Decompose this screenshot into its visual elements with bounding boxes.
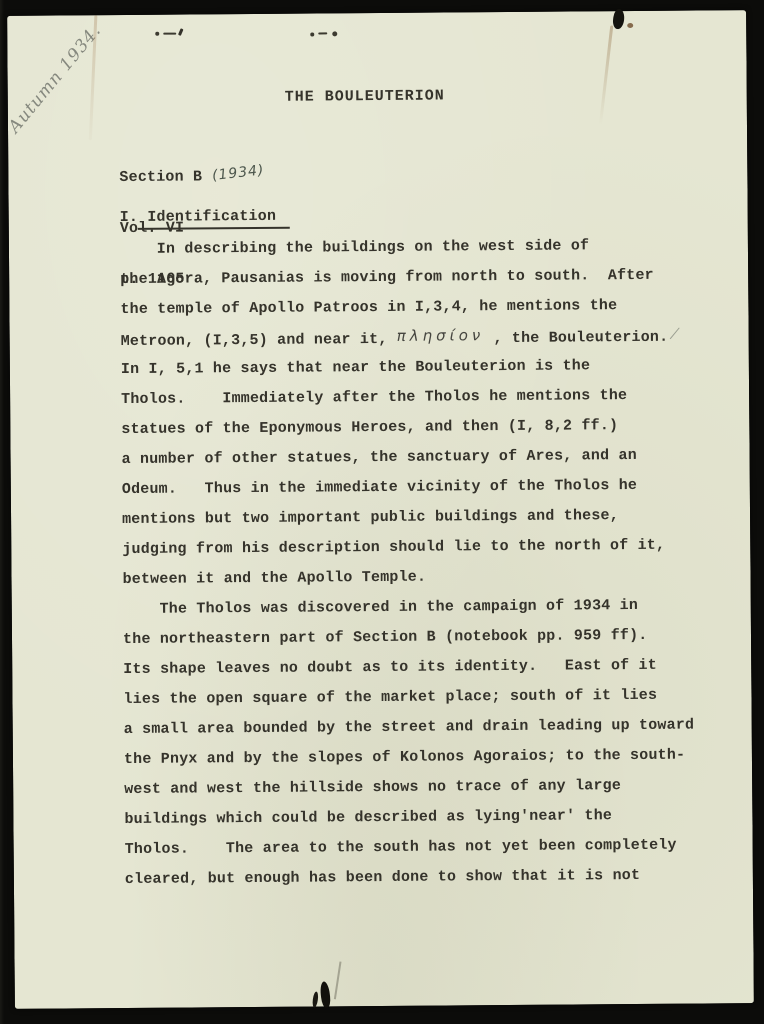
typed-line: the northeastern part of Section B (note… [123, 621, 694, 655]
typed-line: Tholos. The area to the south has not ye… [125, 831, 696, 865]
typed-line: a number of other statues, the sanctuary… [121, 441, 692, 475]
typed-line: west and west the hillside shows no trac… [124, 771, 695, 805]
reference-section-line: Section B(1934) [119, 168, 265, 186]
staple-mark-dot [155, 32, 159, 36]
handwritten-greek-word: πλησίον [397, 326, 485, 345]
stain-streak-right [599, 25, 613, 125]
typed-line: The Tholos was discovered in the campaig… [123, 591, 694, 625]
typed-line: Tholos. Immediately after the Tholos he … [121, 381, 692, 415]
reference-section: Section B [119, 168, 202, 186]
staple-mark-dot [310, 33, 314, 37]
section-heading: I. Identification [120, 208, 291, 226]
typed-line: Odeum. Thus in the immediate vicinity of… [122, 471, 693, 505]
typed-line: the Agora, Pausanias is moving from nort… [120, 261, 691, 295]
scratch-line-bottom [334, 961, 341, 999]
typed-line: between it and the Apollo Temple. [122, 561, 693, 595]
ink-blot-top [612, 8, 626, 29]
staple-mark-dash [318, 32, 327, 34]
ink-blot-bottom [319, 981, 331, 1008]
typed-line: judging from his description should lie … [122, 531, 693, 565]
staple-mark-dot [332, 31, 337, 36]
typed-line: lies the open square of the market place… [123, 681, 694, 715]
typed-line: Its shape leaves no doubt as to its iden… [123, 651, 694, 685]
typed-line: cleared, but enough has been done to sho… [125, 861, 696, 895]
typed-line: In I, 5,1 he says that near the Bouleute… [121, 351, 692, 385]
scan-background: Autumn 1934. THE BOULEUTERION Section B(… [0, 0, 764, 1024]
handwritten-year-annotation: (1934) [211, 162, 265, 185]
staple-mark-hook [178, 28, 184, 36]
document-page: Autumn 1934. THE BOULEUTERION Section B(… [7, 10, 754, 1009]
typed-line: a small area bounded by the street and d… [124, 711, 695, 745]
typed-line: the temple of Apollo Patroos in I,3,4, h… [120, 291, 691, 325]
body-text: In describing the buildings on the west … [120, 231, 696, 895]
ink-blot-bottom-small [312, 991, 319, 1008]
typed-segment: , the Bouleuterion. [484, 329, 668, 347]
section-heading-title: Identification [138, 208, 290, 230]
typed-line: buildings which could be described as ly… [124, 801, 695, 835]
typed-line: mentions but two important public buildi… [122, 501, 693, 535]
page-title: THE BOULEUTERION [285, 87, 445, 105]
typed-line: statues of the Eponymous Heroes, and the… [121, 411, 692, 445]
staple-mark-dash [163, 33, 176, 35]
typed-line: Metroon, (I,3,5) and near it, πλησίον , … [121, 321, 692, 355]
typed-line: In describing the buildings on the west … [120, 231, 691, 265]
section-heading-numeral: I. [120, 209, 139, 226]
rust-spot [627, 23, 633, 28]
typed-line: the Pnyx and by the slopes of Kolonos Ag… [124, 741, 695, 775]
typed-segment: Metroon, (I,3,5) and near it, [121, 331, 397, 350]
